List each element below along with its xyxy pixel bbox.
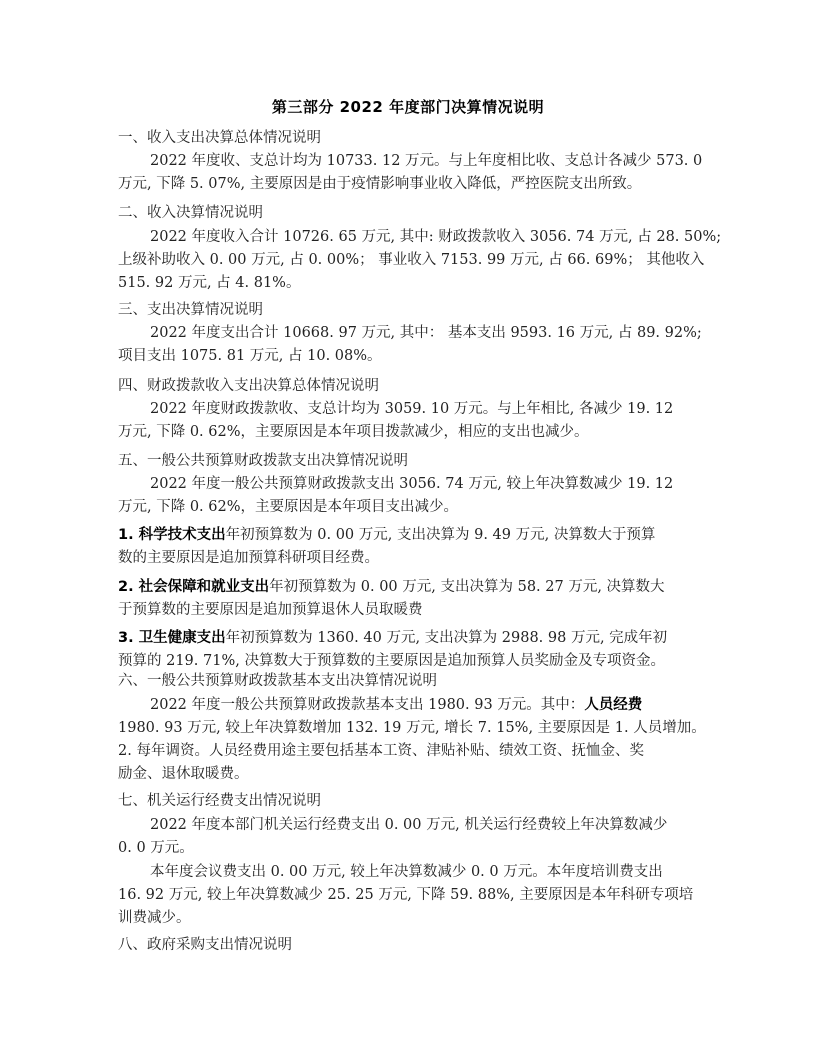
paragraph-line: 16. 92 万元, 较上年决算数减少 25. 25 万元, 下降 59. 88… — [118, 884, 700, 907]
paragraph-line: 2022 年度收入合计 10726. 65 万元, 其中: 财政拨款收入 305… — [118, 226, 700, 249]
paragraph-line: 万元, 下降 0. 62%，主要原因是本年项目拨款减少，相应的支出也减少。 — [118, 421, 700, 444]
section-paragraph-7b: 本年度会议费支出 0. 00 万元, 较上年决算数减少 0. 0 万元。本年度培… — [118, 861, 700, 930]
item-text: 年初预算数为 0. 00 万元, 支出决算为 9. 49 万元, 决算数大于预算 — [226, 527, 656, 543]
paragraph-line: 上级补助收入 0. 00 万元, 占 0. 00%； 事业收入 7153. 99… — [118, 249, 700, 272]
section-heading-8: 八、政府采购支出情况说明 — [118, 933, 292, 954]
item-line: 2. 社会保障和就业支出年初预算数为 0. 00 万元, 支出决算为 58. 2… — [118, 576, 700, 599]
item-label: 卫生健康支出 — [139, 630, 226, 646]
item-line: 1. 科学技术支出年初预算数为 0. 00 万元, 支出决算为 9. 49 万元… — [118, 524, 700, 547]
item-line: 数的主要原因是追加预算科研项目经费。 — [118, 547, 700, 570]
section-heading-3: 三、支出决算情况说明 — [118, 298, 263, 319]
expense-item-3: 3. 卫生健康支出年初预算数为 1360. 40 万元, 支出决算为 2988.… — [118, 627, 700, 673]
section-paragraph-3: 2022 年度支出合计 10668. 97 万元, 其中： 基本支出 9593.… — [118, 322, 700, 368]
paragraph-line: 项目支出 1075. 81 万元, 占 10. 08%。 — [118, 345, 700, 368]
paragraph-line: 万元, 下降 5. 07%, 主要原因是由于疫情影响事业收入降低，严控医院支出所… — [118, 173, 700, 196]
section-paragraph-4: 2022 年度财政拨款收、支总计均为 3059. 10 万元。与上年相比, 各减… — [118, 398, 700, 444]
document-page: 第三部分 2022 年度部门决算情况说明 一、收入支出决算总体情况说明 2022… — [0, 0, 816, 1056]
paragraph-line: 515. 92 万元, 占 4. 81%。 — [118, 272, 700, 295]
section-paragraph-6: 2022 年度一般公共预算财政拨款基本支出 1980. 93 万元。其中：人员经… — [118, 694, 700, 786]
item-number: 3. — [118, 630, 139, 646]
section-heading-1: 一、收入支出决算总体情况说明 — [118, 126, 321, 147]
expense-item-1: 1. 科学技术支出年初预算数为 0. 00 万元, 支出决算为 9. 49 万元… — [118, 524, 700, 570]
paragraph-line: 0. 0 万元。 — [118, 837, 700, 860]
section-paragraph-7a: 2022 年度本部门机关运行经费支出 0. 00 万元, 机关运行经费较上年决算… — [118, 814, 700, 860]
paragraph-line: 1980. 93 万元, 较上年决算数增加 132. 19 万元, 增长 7. … — [118, 717, 700, 740]
paragraph-line: 万元, 下降 0. 62%，主要原因是本年项目支出减少。 — [118, 496, 700, 519]
paragraph-line: 2022 年度财政拨款收、支总计均为 3059. 10 万元。与上年相比, 各减… — [118, 398, 700, 421]
item-text: 年初预算数为 0. 00 万元, 支出决算为 58. 27 万元, 决算数大 — [269, 579, 664, 595]
item-line: 3. 卫生健康支出年初预算数为 1360. 40 万元, 支出决算为 2988.… — [118, 627, 700, 650]
paragraph-line: 本年度会议费支出 0. 00 万元, 较上年决算数减少 0. 0 万元。本年度培… — [118, 861, 700, 884]
section-heading-7: 七、机关运行经费支出情况说明 — [118, 789, 321, 810]
item-line: 于预算数的主要原因是追加预算退休人员取暖费 — [118, 599, 700, 622]
bold-term: 人员经费 — [584, 697, 642, 713]
paragraph-line: 2. 每年调资。人员经费用途主要包括基本工资、津贴补贴、绩效工资、抚恤金、奖 — [118, 740, 700, 763]
item-number: 2. — [118, 579, 139, 595]
paragraph-line: 励金、退休取暖费。 — [118, 763, 700, 786]
item-text: 年初预算数为 1360. 40 万元, 支出决算为 2988. 98 万元, 完… — [226, 630, 668, 646]
section-heading-6: 六、一般公共预算财政拨款基本支出决算情况说明 — [118, 669, 437, 690]
expense-item-2: 2. 社会保障和就业支出年初预算数为 0. 00 万元, 支出决算为 58. 2… — [118, 576, 700, 622]
item-label: 科学技术支出 — [139, 527, 226, 543]
section-heading-2: 二、收入决算情况说明 — [118, 201, 263, 222]
section-paragraph-5: 2022 年度一般公共预算财政拨款支出 3056. 74 万元, 较上年决算数减… — [118, 473, 700, 519]
section-heading-5: 五、一般公共预算财政拨款支出决算情况说明 — [118, 449, 408, 470]
paragraph-line: 2022 年度一般公共预算财政拨款基本支出 1980. 93 万元。其中：人员经… — [118, 694, 700, 717]
section-paragraph-1: 2022 年度收、支总计均为 10733. 12 万元。与上年度相比收、支总计各… — [118, 150, 700, 196]
paragraph-line: 2022 年度收、支总计均为 10733. 12 万元。与上年度相比收、支总计各… — [118, 150, 700, 173]
line-text: 2022 年度一般公共预算财政拨款基本支出 1980. 93 万元。其中： — [150, 697, 584, 713]
section-heading-4: 四、财政拨款收入支出决算总体情况说明 — [118, 374, 379, 395]
item-number: 1. — [118, 527, 139, 543]
paragraph-line: 2022 年度一般公共预算财政拨款支出 3056. 74 万元, 较上年决算数减… — [118, 473, 700, 496]
page-title: 第三部分 2022 年度部门决算情况说明 — [0, 96, 816, 117]
paragraph-line: 2022 年度本部门机关运行经费支出 0. 00 万元, 机关运行经费较上年决算… — [118, 814, 700, 837]
section-paragraph-2: 2022 年度收入合计 10726. 65 万元, 其中: 财政拨款收入 305… — [118, 226, 700, 295]
paragraph-line: 2022 年度支出合计 10668. 97 万元, 其中： 基本支出 9593.… — [118, 322, 700, 345]
item-label: 社会保障和就业支出 — [139, 579, 270, 595]
paragraph-line: 训费减少。 — [118, 907, 700, 930]
